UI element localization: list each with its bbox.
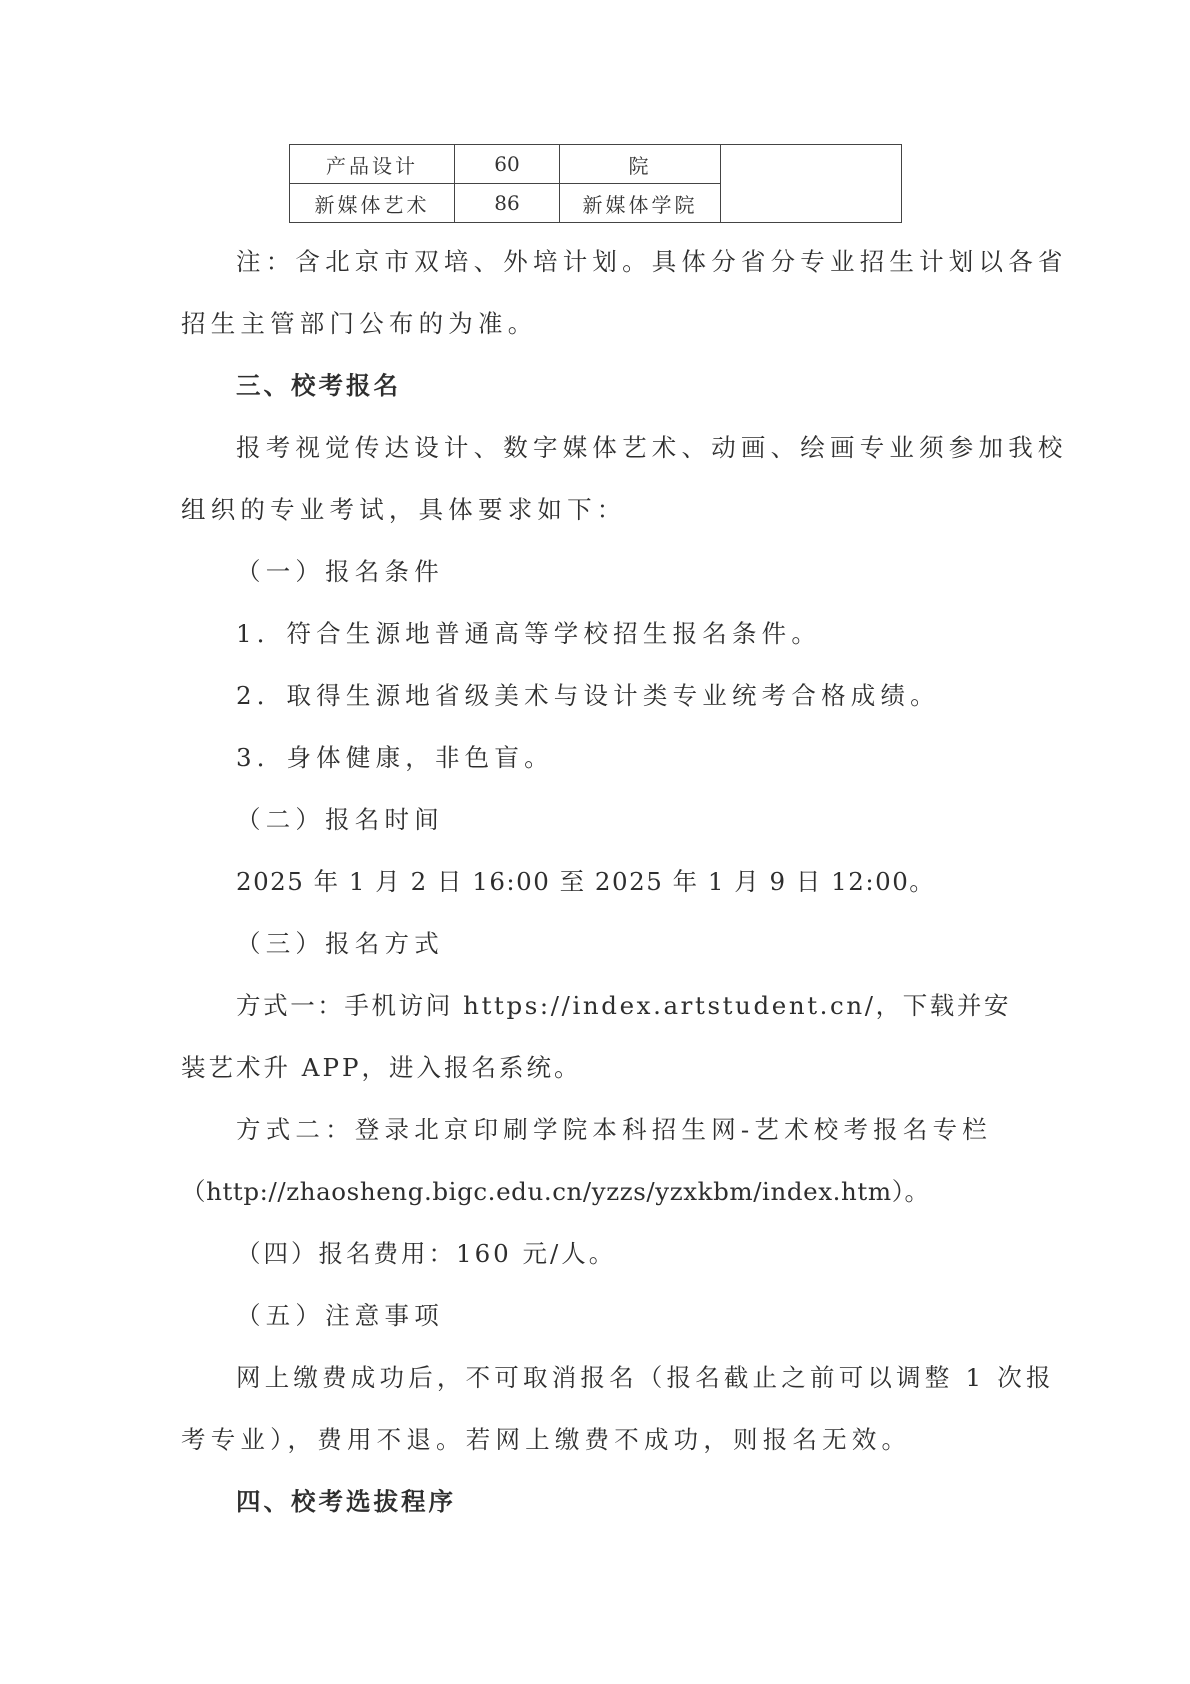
method1-line1: 方式一：手机访问 https://index.artstudent.cn/，下载… (236, 987, 1011, 1022)
college-cell: 新媒体学院 (560, 184, 721, 223)
requirement-item-1: 1．符合生源地普通高等学校招生报名条件。 (236, 615, 821, 650)
requirement-item-2: 2．取得生源地省级美术与设计类专业统考合格成绩。 (236, 677, 940, 712)
note-cell (721, 145, 902, 223)
notes-line2: 考专业），费用不退。若网上缴费不成功，则报名无效。 (181, 1421, 911, 1456)
count-cell: 86 (455, 184, 560, 223)
requirement-item-3: 3．身体健康，非色盲。 (236, 739, 554, 774)
section-heading-3: 三、校考报名 (236, 367, 401, 402)
college-cell: 院 (560, 145, 721, 184)
enrollment-plan-table: 产品设计 60 院 新媒体艺术 86 新媒体学院 (289, 144, 902, 223)
method2-line1: 方式二：登录北京印刷学院本科招生网-艺术校考报名专栏 (236, 1111, 992, 1146)
note-paragraph-line1: 注：含北京市双培、外培计划。具体分省分专业招生计划以各省 (236, 243, 1068, 278)
intro-paragraph-line2: 组织的专业考试，具体要求如下： (181, 491, 627, 526)
registration-fee-text: （四）报名费用：160 元/人。 (236, 1235, 616, 1270)
note-paragraph-line2: 招生主管部门公布的为准。 (181, 305, 537, 340)
method2-url-line: （http://zhaosheng.bigc.edu.cn/yzzs/yzxkb… (181, 1173, 930, 1208)
subheading-requirements: （一）报名条件 (236, 553, 444, 588)
subheading-method: （三）报名方式 (236, 925, 444, 960)
intro-paragraph-line1: 报考视觉传达设计、数字媒体艺术、动画、绘画专业须参加我校 (236, 429, 1068, 464)
notes-line1: 网上缴费成功后，不可取消报名（报名截止之前可以调整 1 次报 (236, 1359, 1055, 1394)
method1-line2: 装艺术升 APP，进入报名系统。 (181, 1049, 581, 1084)
major-cell: 新媒体艺术 (290, 184, 455, 223)
major-cell: 产品设计 (290, 145, 455, 184)
count-cell: 60 (455, 145, 560, 184)
document-page: 产品设计 60 院 新媒体艺术 86 新媒体学院 注：含北京市双培、外培计划。具… (0, 0, 1190, 1684)
section-heading-4: 四、校考选拔程序 (236, 1483, 456, 1518)
registration-time-text: 2025 年 1 月 2 日 16:00 至 2025 年 1 月 9 日 12… (236, 863, 935, 898)
table-row: 产品设计 60 院 (290, 145, 902, 184)
subheading-time: （二）报名时间 (236, 801, 444, 836)
subheading-notes: （五）注意事项 (236, 1297, 444, 1332)
